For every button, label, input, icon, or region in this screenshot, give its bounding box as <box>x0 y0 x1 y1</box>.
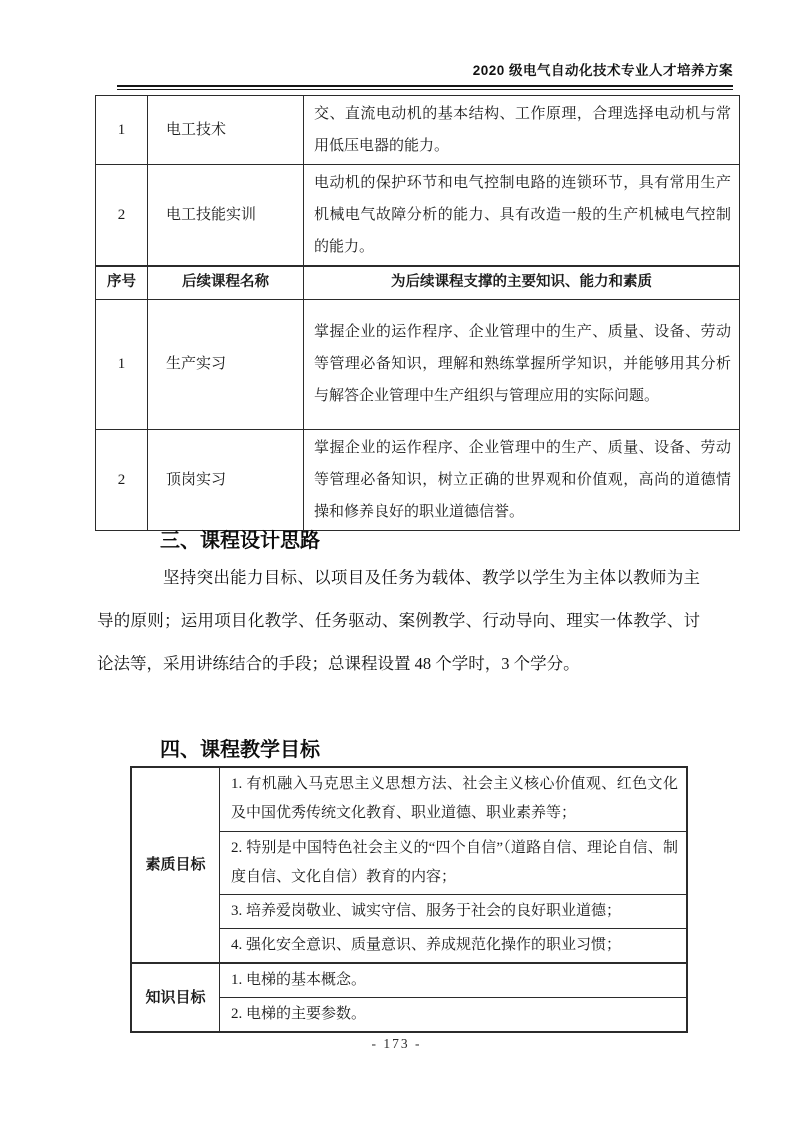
course-name: 电工技能实训 <box>148 165 304 267</box>
course-desc: 掌握企业的运作程序、企业管理中的生产、质量、设备、劳动等管理必备知识，理解和熟练… <box>304 299 740 429</box>
design-ideas-paragraph: 坚持突出能力目标、以项目及任务为载体、教学以学生为主体以教师为主导的原则；运用项… <box>97 556 700 685</box>
goal-item: 4. 强化安全意识、质量意识、养成规范化操作的职业习惯； <box>220 928 688 963</box>
document-page: 2020 级电气自动化技术专业人才培养方案 1 电工技术 交、直流电动机的基本结… <box>0 0 793 1122</box>
column-header-no: 序号 <box>96 266 148 299</box>
table-row: 2 电工技能实训 电动机的保护环节和电气控制电路的连锁环节，具有常用生产机械电气… <box>96 165 740 267</box>
row-number: 2 <box>96 165 148 267</box>
column-header-name: 后续课程名称 <box>148 266 304 299</box>
table-row: 1 生产实习 掌握企业的运作程序、企业管理中的生产、质量、设备、劳动等管理必备知… <box>96 299 740 429</box>
course-desc: 电动机的保护环节和电气控制电路的连锁环节，具有常用生产机械电气故障分析的能力、具… <box>304 165 740 267</box>
row-number: 2 <box>96 429 148 530</box>
row-number: 1 <box>96 299 148 429</box>
goal-category-knowledge: 知识目标 <box>131 963 220 1032</box>
course-name: 电工技术 <box>148 96 304 165</box>
goal-item: 1. 电梯的基本概念。 <box>220 963 688 998</box>
teaching-goals-table: 素质目标 1. 有机融入马克思主义思想方法、社会主义核心价值观、红色文化及中国优… <box>130 766 688 1033</box>
section-heading-design-ideas: 三、课程设计思路 <box>160 524 320 553</box>
table-row: 素质目标 1. 有机融入马克思主义思想方法、社会主义核心价值观、红色文化及中国优… <box>131 767 687 831</box>
table-row: 2 顶岗实习 掌握企业的运作程序、企业管理中的生产、质量、设备、劳动等管理必备知… <box>96 429 740 530</box>
goal-item: 3. 培养爱岗敬业、诚实守信、服务于社会的良好职业道德； <box>220 894 688 928</box>
course-desc: 交、直流电动机的基本结构、工作原理，合理选择电动机与常用低压电器的能力。 <box>304 96 740 165</box>
page-number: - 173 - <box>0 1036 793 1052</box>
header-divider <box>117 85 733 90</box>
supporting-courses-table: 1 电工技术 交、直流电动机的基本结构、工作原理，合理选择电动机与常用低压电器的… <box>95 95 740 531</box>
section-heading-teaching-goals: 四、课程教学目标 <box>160 733 320 762</box>
course-name: 生产实习 <box>148 299 304 429</box>
course-desc: 掌握企业的运作程序、企业管理中的生产、质量、设备、劳动等管理必备知识，树立正确的… <box>304 429 740 530</box>
goal-item: 2. 电梯的主要参数。 <box>220 997 688 1032</box>
page-header-title: 2020 级电气自动化技术专业人才培养方案 <box>95 59 733 79</box>
course-name: 顶岗实习 <box>148 429 304 530</box>
goal-category-quality: 素质目标 <box>131 767 220 963</box>
row-number: 1 <box>96 96 148 165</box>
table-header-row: 序号 后续课程名称 为后续课程支撑的主要知识、能力和素质 <box>96 266 740 299</box>
goal-item: 1. 有机融入马克思主义思想方法、社会主义核心价值观、红色文化及中国优秀传统文化… <box>220 767 688 831</box>
goal-item: 2. 特别是中国特色社会主义的“四个自信”（道路自信、理论自信、制度自信、文化自… <box>220 831 688 894</box>
table-row: 1 电工技术 交、直流电动机的基本结构、工作原理，合理选择电动机与常用低压电器的… <box>96 96 740 165</box>
table-row: 知识目标 1. 电梯的基本概念。 <box>131 963 687 998</box>
column-header-desc: 为后续课程支撑的主要知识、能力和素质 <box>304 266 740 299</box>
